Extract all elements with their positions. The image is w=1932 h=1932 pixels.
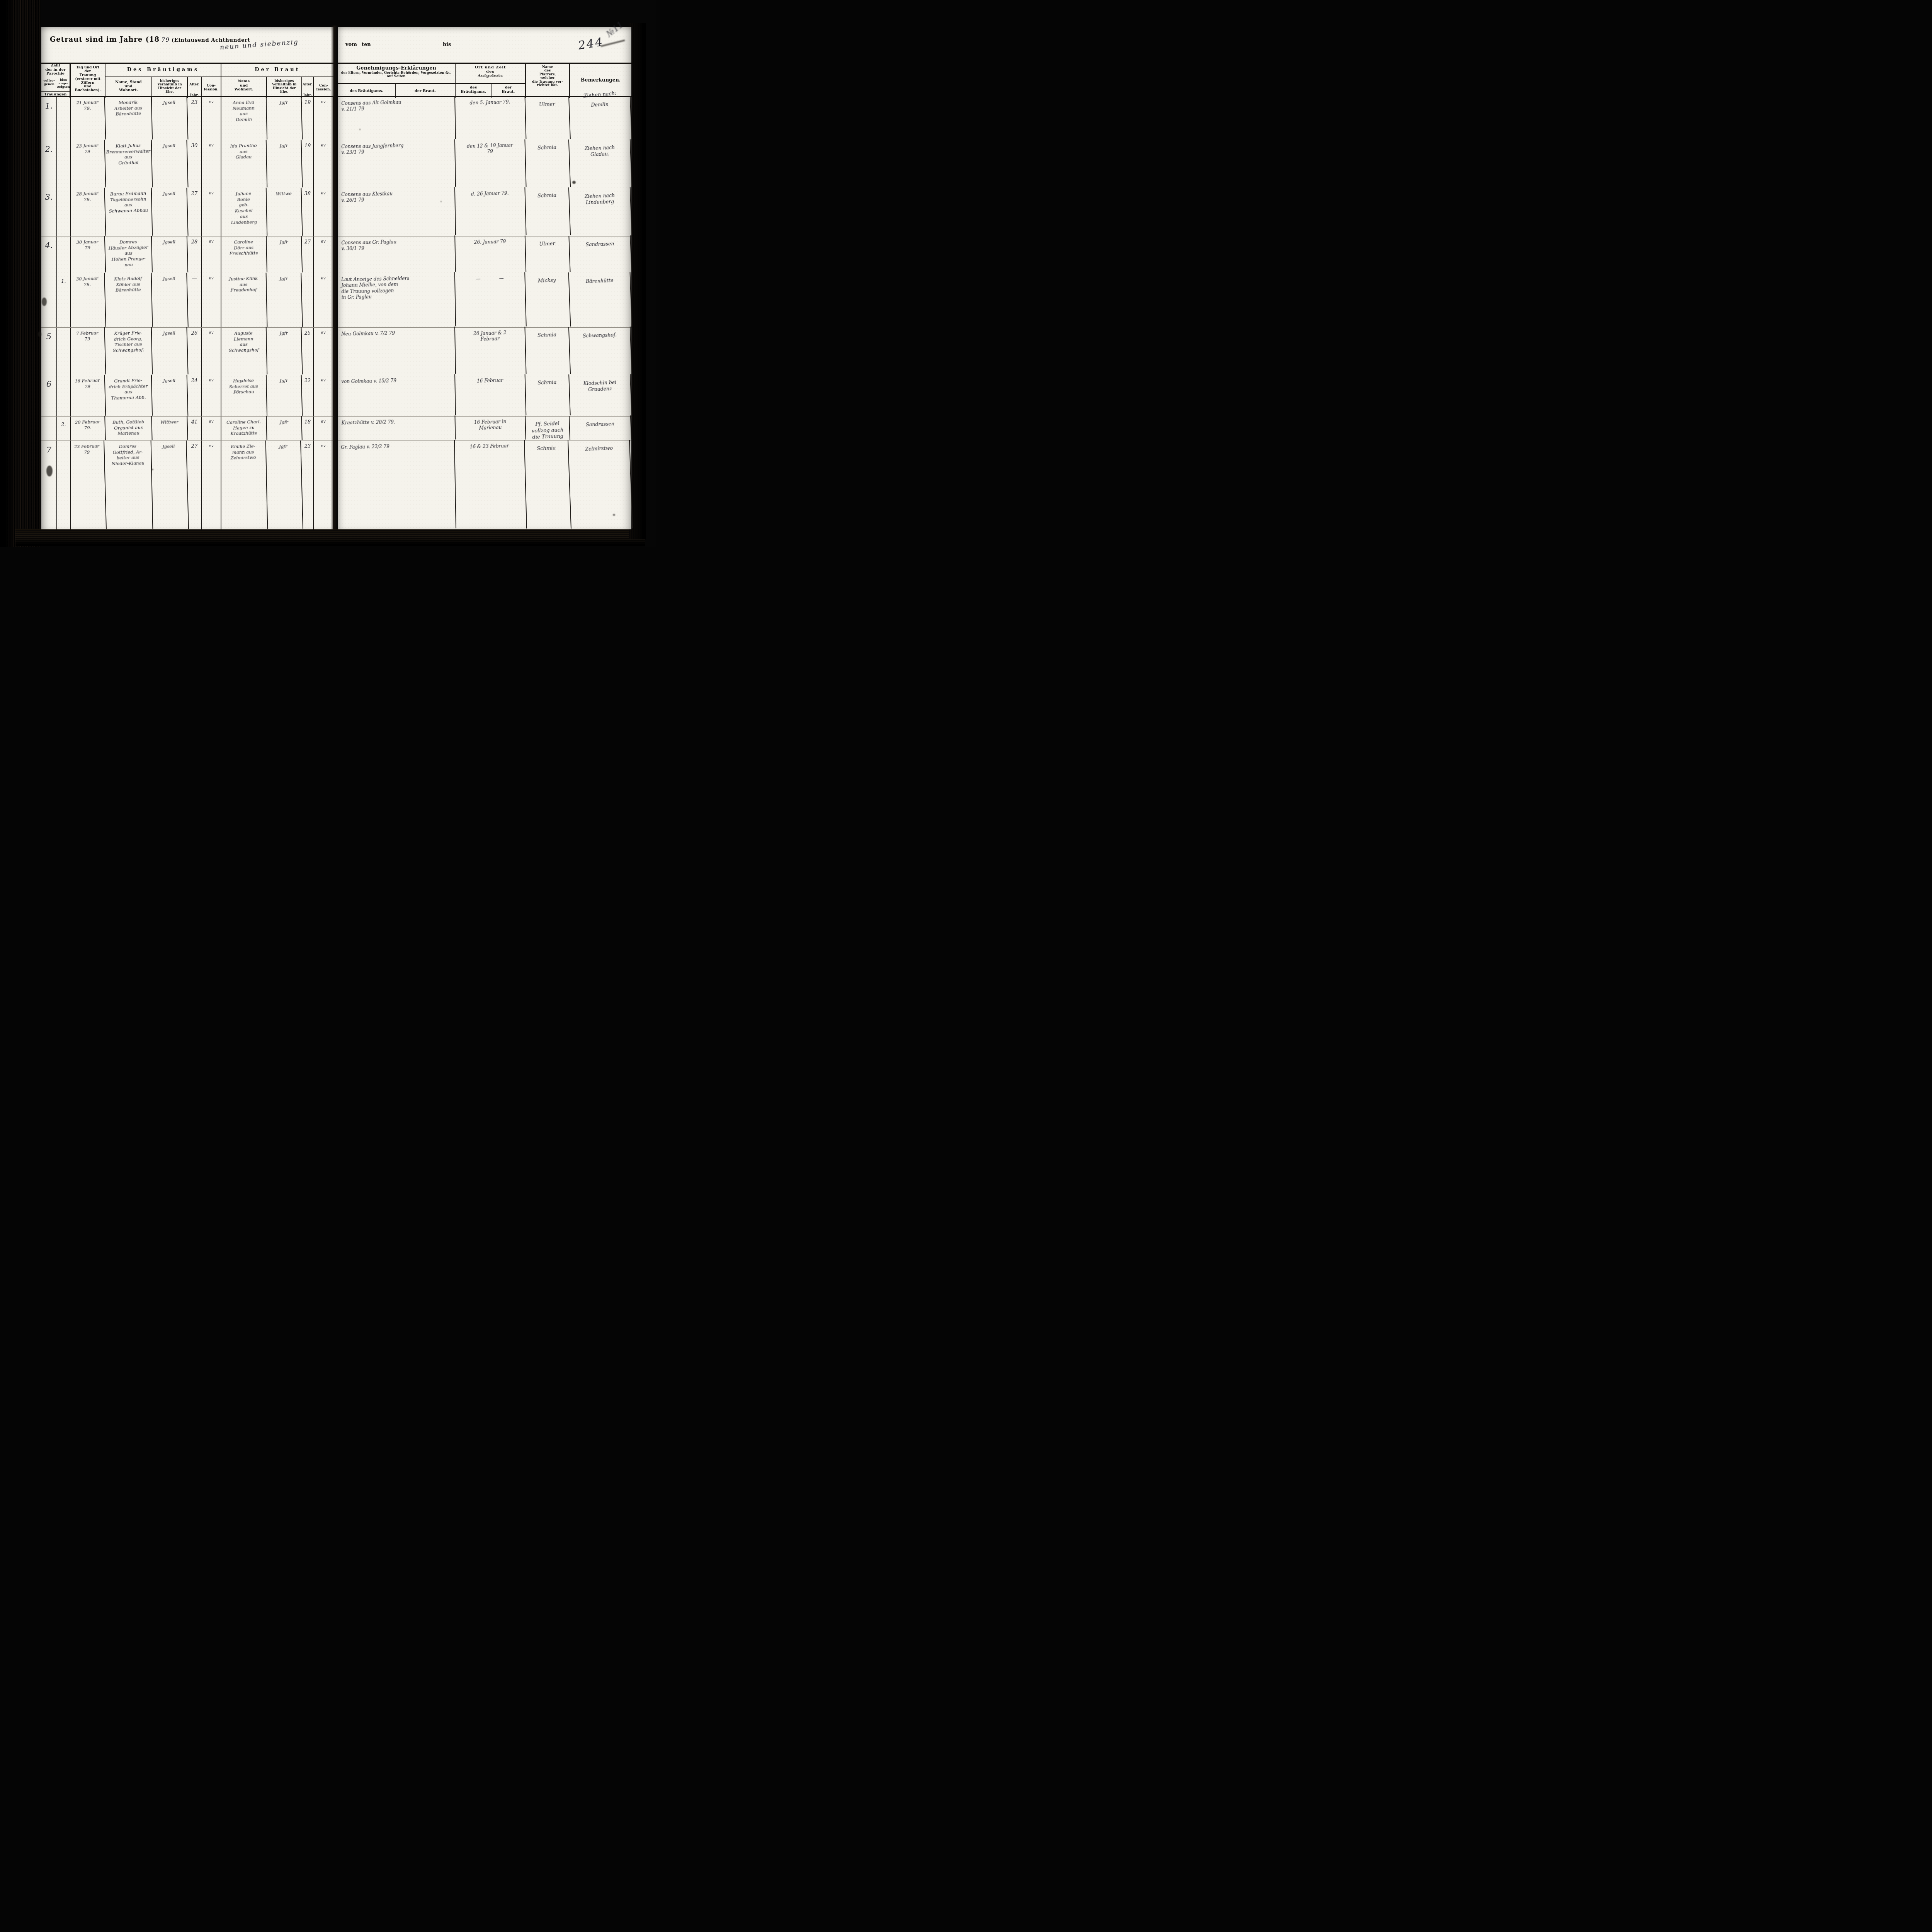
cell-r7-tag_ort: 16 Februar 79 <box>70 375 106 417</box>
cell-r4-b_name: Caroline Dörr aus Freischhütte <box>221 236 267 273</box>
group-subheader-genehmigungs: der Eltern, Vormünder, Gerichts-Behörden… <box>338 71 455 78</box>
cell-r5-tag_ort: 30 Januar 79. <box>70 273 106 328</box>
cell-r9-nr_voll: 7 <box>41 441 57 529</box>
cell-r2-g_verh: Jgsell <box>151 140 188 188</box>
cell-r6-tag_ort: 7 Februar 79 <box>70 327 106 375</box>
label-bis: bis <box>443 42 451 48</box>
table-row-5: 1.30 Januar 79.Klotz Rudolf Köhler aus B… <box>41 273 333 327</box>
cell-r1-bemerk: Demlin <box>569 96 632 141</box>
book-gutter-shadow <box>331 26 338 530</box>
cell-r6-b_alter: 25 <box>302 328 314 375</box>
table-row-3: Consens aus Klestkau v. 26/1 79d. 26 Jan… <box>338 188 631 236</box>
col-header-bride-verhaeltniss: bisheriges Verhältniß in Hinsicht der Eh… <box>267 77 302 98</box>
year-handwritten: 79 <box>162 36 170 43</box>
page-number: 244 <box>577 35 604 53</box>
col-header-groom-verhaeltniss: bisheriges Verhältniß in Hinsicht der Eh… <box>152 77 188 98</box>
group-header-genehmigungs: Genehmigungs-Erklärungen <box>338 64 455 71</box>
cell-r5-nr_blos: 1. <box>57 273 71 327</box>
cell-r5-auf: — — <box>455 272 527 328</box>
table-row-9: Gr. Paglau v. 22/2 7916 & 23 FebruarSchm… <box>338 440 631 529</box>
cell-r4-gen: Consens aus Gr. Paglau v. 30/1 79 <box>337 235 456 274</box>
ink-blot <box>46 466 53 476</box>
ink-smear <box>600 39 625 47</box>
cell-r5-g_conf: ev <box>202 273 221 327</box>
cell-r8-nr_voll <box>41 417 57 440</box>
cell-r3-b_alter: 38 <box>302 188 314 236</box>
col-header-zahl-parochie: Zahl der in der Parochie <box>41 64 71 77</box>
group-header-braut: Der Braut <box>221 64 333 77</box>
cell-r7-gen: von Golmkau v. 15/2 79 <box>337 374 456 417</box>
col-header-groom-alter: Alter. Jahr. <box>188 77 201 98</box>
cell-r9-gen: Gr. Paglau v. 22/2 79 <box>337 440 456 530</box>
cell-r2-pfarrer: Schmia <box>525 139 571 189</box>
cell-r9-g_alter: 27 <box>188 441 202 529</box>
col-header-consent-groom: des Bräutigams. <box>338 84 396 98</box>
cell-r1-g_name: Mondrik Arbeiter aus Bärenhütte <box>105 97 153 141</box>
cell-r2-gen: Consens aus Jungfernberg v. 23/1 79 <box>337 139 456 189</box>
col-header-bride-name: Name und Wohnort. <box>221 77 267 98</box>
cell-r3-nr_blos <box>57 188 71 236</box>
register-title: Getraut sind im Jahre (18 79 (Eintausend… <box>50 36 250 44</box>
cell-r3-gen: Consens aus Klestkau v. 26/1 79 <box>337 187 456 237</box>
cell-r4-tag_ort: 30 Januar 79 <box>70 236 106 273</box>
cell-r8-bemerk: Sandrassen <box>570 415 632 442</box>
cell-r5-g_alter: — <box>188 273 202 327</box>
cell-r6-b_verh: Jgfr <box>266 327 303 375</box>
col-header-groom-name: Name, Stand und Wohnort. <box>105 77 152 98</box>
cell-r9-bemerk: Zelmirstwo <box>568 440 633 530</box>
cell-r4-pfarrer: Ulmer <box>525 236 570 274</box>
cell-r5-b_alter <box>302 273 314 327</box>
cell-r7-g_alter: 24 <box>188 375 202 416</box>
cell-r6-g_verh: Jgsell <box>151 327 188 375</box>
cell-r2-bemerk: Ziehen nach Gladau. <box>569 139 632 189</box>
cell-r2-auf: den 12 & 19 Januar 79 <box>455 139 526 189</box>
ink-blot <box>42 298 47 306</box>
cell-r3-bemerk: Ziehen nach Lindenberg <box>569 187 632 237</box>
cell-r8-g_verh: Wittwer <box>152 416 188 441</box>
cell-r4-g_verh: Jgsell <box>152 236 188 273</box>
cell-r5-pfarrer: Micksy <box>525 272 571 328</box>
cell-r1-b_name: Anna Eva Neumann aus Demlin <box>221 97 267 140</box>
cell-r7-g_verh: Jgsell <box>152 375 189 417</box>
ink-blot <box>38 332 41 337</box>
cell-r3-tag_ort: 28 Januar 79. <box>70 188 106 236</box>
cell-r1-b_verh: Jgfr <box>267 97 303 140</box>
ink-blot <box>572 181 576 184</box>
table-row-1: Consens aus Alt Golmkau v. 21/1 79den 5.… <box>338 97 631 140</box>
cell-r8-auf: 16 Februar in Marienau <box>455 416 526 442</box>
cell-r6-gen: Neu-Golmkau v. 7/2 79 <box>337 327 456 376</box>
cell-r5-bemerk: Bärenhütte <box>569 272 633 328</box>
cell-r1-b_alter: 19 <box>302 97 314 140</box>
cell-r8-gen: Kraatzhütte v. 20/2 79. <box>337 415 456 441</box>
col-header-groom-confession: Con- fession. <box>202 77 221 98</box>
cell-r7-g_name: Grandt Frie- drich Erbpächter aus Thamer… <box>105 375 153 417</box>
cell-r2-g_name: Klatt Julius Brennereiverwalter aus Grün… <box>105 140 153 189</box>
cell-r7-g_conf: ev <box>202 375 221 416</box>
cell-r9-auf: 16 & 23 Februar <box>454 440 527 531</box>
col-header-bride-alter: Alter. Jahr. <box>302 77 313 98</box>
cell-r1-auf: den 5. Januar 79. <box>455 96 527 141</box>
cell-r6-b_name: Auguste Liemann aus Schwangshof <box>221 327 268 375</box>
cell-r2-nr_blos <box>57 140 71 188</box>
cell-r9-b_name: Emilie Zie- mann aus Zelmirstwo <box>221 440 268 530</box>
cell-r6-nr_blos <box>57 328 71 375</box>
cell-r1-gen: Consens aus Alt Golmkau v. 21/1 79 <box>337 96 456 141</box>
cell-r9-g_verh: Jgsell <box>151 440 189 530</box>
cell-r9-g_name: Domres Gottfried, Ar- beiter aus Nieder-… <box>105 440 153 530</box>
cell-r3-pfarrer: Schmia <box>525 187 571 237</box>
cell-r4-b_alter: 27 <box>302 236 314 273</box>
cell-r3-nr_voll: 3. <box>41 188 57 236</box>
cell-r6-nr_voll: 5 <box>41 328 57 375</box>
left-table-header: Zahl der in der Parochie vollzo- genen b… <box>41 63 333 97</box>
col-header-blos-angezeigten: blos ange- zeigten <box>57 77 71 91</box>
left-table-rows: 1.21 Januar 79.Mondrik Arbeiter aus Bäre… <box>41 97 333 529</box>
cell-r7-nr_blos <box>57 375 71 416</box>
cell-r5-b_name: Justine Klink aus Freudenhof <box>221 273 268 328</box>
cell-r2-g_alter: 30 <box>188 140 202 188</box>
book-spine-page-edges <box>0 0 41 547</box>
cell-r1-g_conf: ev <box>202 97 221 140</box>
table-row-4: 4.30 Januar 79Domres Häusler Abzügler au… <box>41 236 333 273</box>
label-ten: ten <box>362 42 371 48</box>
cell-r6-pfarrer: Schmia <box>525 327 571 376</box>
right-table-header: Genehmigungs-Erklärungen der Eltern, Vor… <box>338 63 631 97</box>
col-header-tag-ort: Tag und Ort der Trauung (ersterer mit Zi… <box>71 64 105 98</box>
cell-r5-gen: Laut Anzeige des Schneiders Johann Mielk… <box>337 272 456 328</box>
cell-r4-g_alter: 28 <box>188 236 202 273</box>
ink-speck <box>359 129 361 130</box>
table-row-9: 723 Februar 79Domres Gottfried, Ar- beit… <box>41 440 333 529</box>
cell-r6-bemerk: Schwangshof. <box>569 327 632 376</box>
cell-r7-bemerk: Klodschin bei Graudenz <box>569 374 632 417</box>
cell-r4-auf: 26. Januar 79 <box>455 236 526 274</box>
cell-r1-g_verh: Jgsell <box>152 97 189 140</box>
cell-r2-b_verh: Jgfr <box>266 140 303 188</box>
col-header-vollzogenen: vollzo- genen <box>41 77 57 91</box>
group-header-aufgebot: Ort und Zeit des Aufgebots <box>456 64 526 84</box>
corner-number-mark: №11 <box>605 20 626 39</box>
cell-r8-g_name: Buth, Gottlieb Organist aus Marienau <box>105 416 152 441</box>
table-row-2: 2.23 Januar 79Klatt Julius Brennereiverw… <box>41 140 333 188</box>
title-getraut: Getraut sind im Jahre (18 <box>50 36 160 44</box>
cell-r8-b_verh: Jgfr <box>267 416 303 441</box>
cell-r2-nr_voll: 2. <box>41 140 57 188</box>
ink-speck <box>440 201 442 202</box>
cell-r1-g_alter: 23 <box>188 97 202 140</box>
group-header-braeutigam: Des Bräutigams <box>105 64 221 77</box>
cell-r5-g_verh: Jgsell <box>151 273 189 328</box>
cell-r5-b_verh: Jgfr <box>266 273 303 328</box>
cell-r4-b_verh: Jgfr <box>267 236 303 273</box>
table-row-7: 616 Februar 79Grandt Frie- drich Erbpäch… <box>41 375 333 416</box>
cell-r7-nr_voll: 6 <box>41 375 57 416</box>
cell-r3-auf: d. 26 Januar 79. <box>455 187 526 237</box>
cell-r4-nr_voll: 4. <box>41 236 57 273</box>
register-scan: Getraut sind im Jahre (18 79 (Eintausend… <box>0 0 656 547</box>
cell-r7-b_alter: 22 <box>302 375 314 416</box>
cell-r8-b_name: Caroline Charl. Hagen zu Kraatzhütte <box>221 416 267 441</box>
cell-r1-tag_ort: 21 Januar 79. <box>70 97 106 140</box>
register-right-page: vom ten bis 244 №11 Genehmigungs-Erkläru… <box>338 27 631 529</box>
cell-r1-nr_blos <box>57 97 71 140</box>
table-row-7: von Golmkau v. 15/2 7916 FebruarSchmiaKl… <box>338 375 631 416</box>
label-vom: vom <box>345 42 357 48</box>
col-header-pfarrer: Name des Pfarrers, welcher die Trauung v… <box>526 64 570 98</box>
table-row-4: Consens aus Gr. Paglau v. 30/1 7926. Jan… <box>338 236 631 273</box>
cell-r5-g_name: Klotz Rudolf Köhler aus Bärenhütte <box>105 273 153 328</box>
cell-r9-b_alter: 23 <box>302 441 314 529</box>
cell-r1-nr_voll: 1. <box>41 97 57 140</box>
table-row-1: 1.21 Januar 79.Mondrik Arbeiter aus Bäre… <box>41 97 333 140</box>
ink-speck <box>152 469 153 470</box>
cell-r4-g_name: Domres Häusler Abzügler aus Hohen Prange… <box>105 236 153 274</box>
cell-r8-tag_ort: 20 Februar 79. <box>70 416 106 441</box>
table-row-8: Kraatzhütte v. 20/2 79.16 Februar in Mar… <box>338 416 631 440</box>
cell-r1-pfarrer: Ulmer <box>525 96 571 141</box>
cell-r2-tag_ort: 23 Januar 79 <box>70 140 106 188</box>
cell-r6-g_alter: 26 <box>188 328 202 375</box>
cell-r9-g_conf: ev <box>202 441 221 529</box>
cell-r9-b_verh: Jgfr <box>266 440 303 530</box>
cell-r4-g_conf: ev <box>202 236 221 273</box>
cell-r6-auf: 26 Januar & 2 Februar <box>455 327 526 376</box>
cell-r8-g_conf: ev <box>202 417 221 440</box>
cell-r4-nr_blos <box>57 236 71 273</box>
cell-r7-pfarrer: Schmia <box>525 374 571 417</box>
book-bottom-page-edges <box>15 529 645 546</box>
cell-r2-b_name: Ida Prantho aus Gladau <box>221 140 268 188</box>
col-header-banns-groom: des Bräutigams. <box>456 84 492 98</box>
register-left-page: Getraut sind im Jahre (18 79 (Eintausend… <box>41 27 333 529</box>
cell-r7-b_name: Heydelse Scherret aus Pörschau <box>221 375 267 417</box>
table-row-8: 2.20 Februar 79.Buth, Gottlieb Organist … <box>41 416 333 440</box>
cell-r2-b_alter: 19 <box>302 140 314 188</box>
cell-r2-g_conf: ev <box>202 140 221 188</box>
cell-r4-bemerk: Sandrassen <box>569 235 632 274</box>
cell-r8-g_alter: 41 <box>188 417 202 440</box>
right-table-rows: Consens aus Alt Golmkau v. 21/1 79den 5.… <box>338 97 631 529</box>
cell-r3-g_alter: 27 <box>188 188 202 236</box>
table-row-3: 3.28 Januar 79.Burau Erdmann Tagelöhners… <box>41 188 333 236</box>
cell-r6-g_name: Krüger Frie- drich Georg, Tischler aus S… <box>105 327 153 376</box>
cell-r9-nr_blos <box>57 441 71 529</box>
cell-r7-b_verh: Jgfr <box>267 375 303 417</box>
cell-r3-g_verh: Jgsell <box>151 188 188 236</box>
book-right-page-edges <box>629 23 646 539</box>
cell-r3-g_conf: ev <box>202 188 221 236</box>
cell-r8-b_alter: 18 <box>302 417 314 440</box>
cell-r9-tag_ort: 23 Februar 79 <box>70 440 107 530</box>
ink-speck <box>613 514 615 516</box>
cell-r3-b_name: Juliane Bohle geb. Kuschel aus Lindenber… <box>221 188 268 236</box>
table-row-6: Neu-Golmkau v. 7/2 7926 Januar & 2 Febru… <box>338 327 631 375</box>
table-row-2: Consens aus Jungfernberg v. 23/1 79den 1… <box>338 140 631 188</box>
cell-r8-nr_blos: 2. <box>57 417 71 440</box>
cell-r3-g_name: Burau Erdmann Tagelöhnersohn aus Schwana… <box>105 188 153 237</box>
cell-r7-auf: 16 Februar <box>455 374 527 417</box>
cell-r9-pfarrer: Schmia <box>524 440 571 530</box>
cell-r8-pfarrer: Pf. Seidel vollzog auch die Trauung <box>526 416 570 441</box>
cell-r6-g_conf: ev <box>202 328 221 375</box>
table-row-5: Laut Anzeige des Schneiders Johann Mielk… <box>338 273 631 327</box>
table-row-6: 57 Februar 79Krüger Frie- drich Georg, T… <box>41 327 333 375</box>
cell-r3-b_verh: Wittwe <box>266 188 303 236</box>
